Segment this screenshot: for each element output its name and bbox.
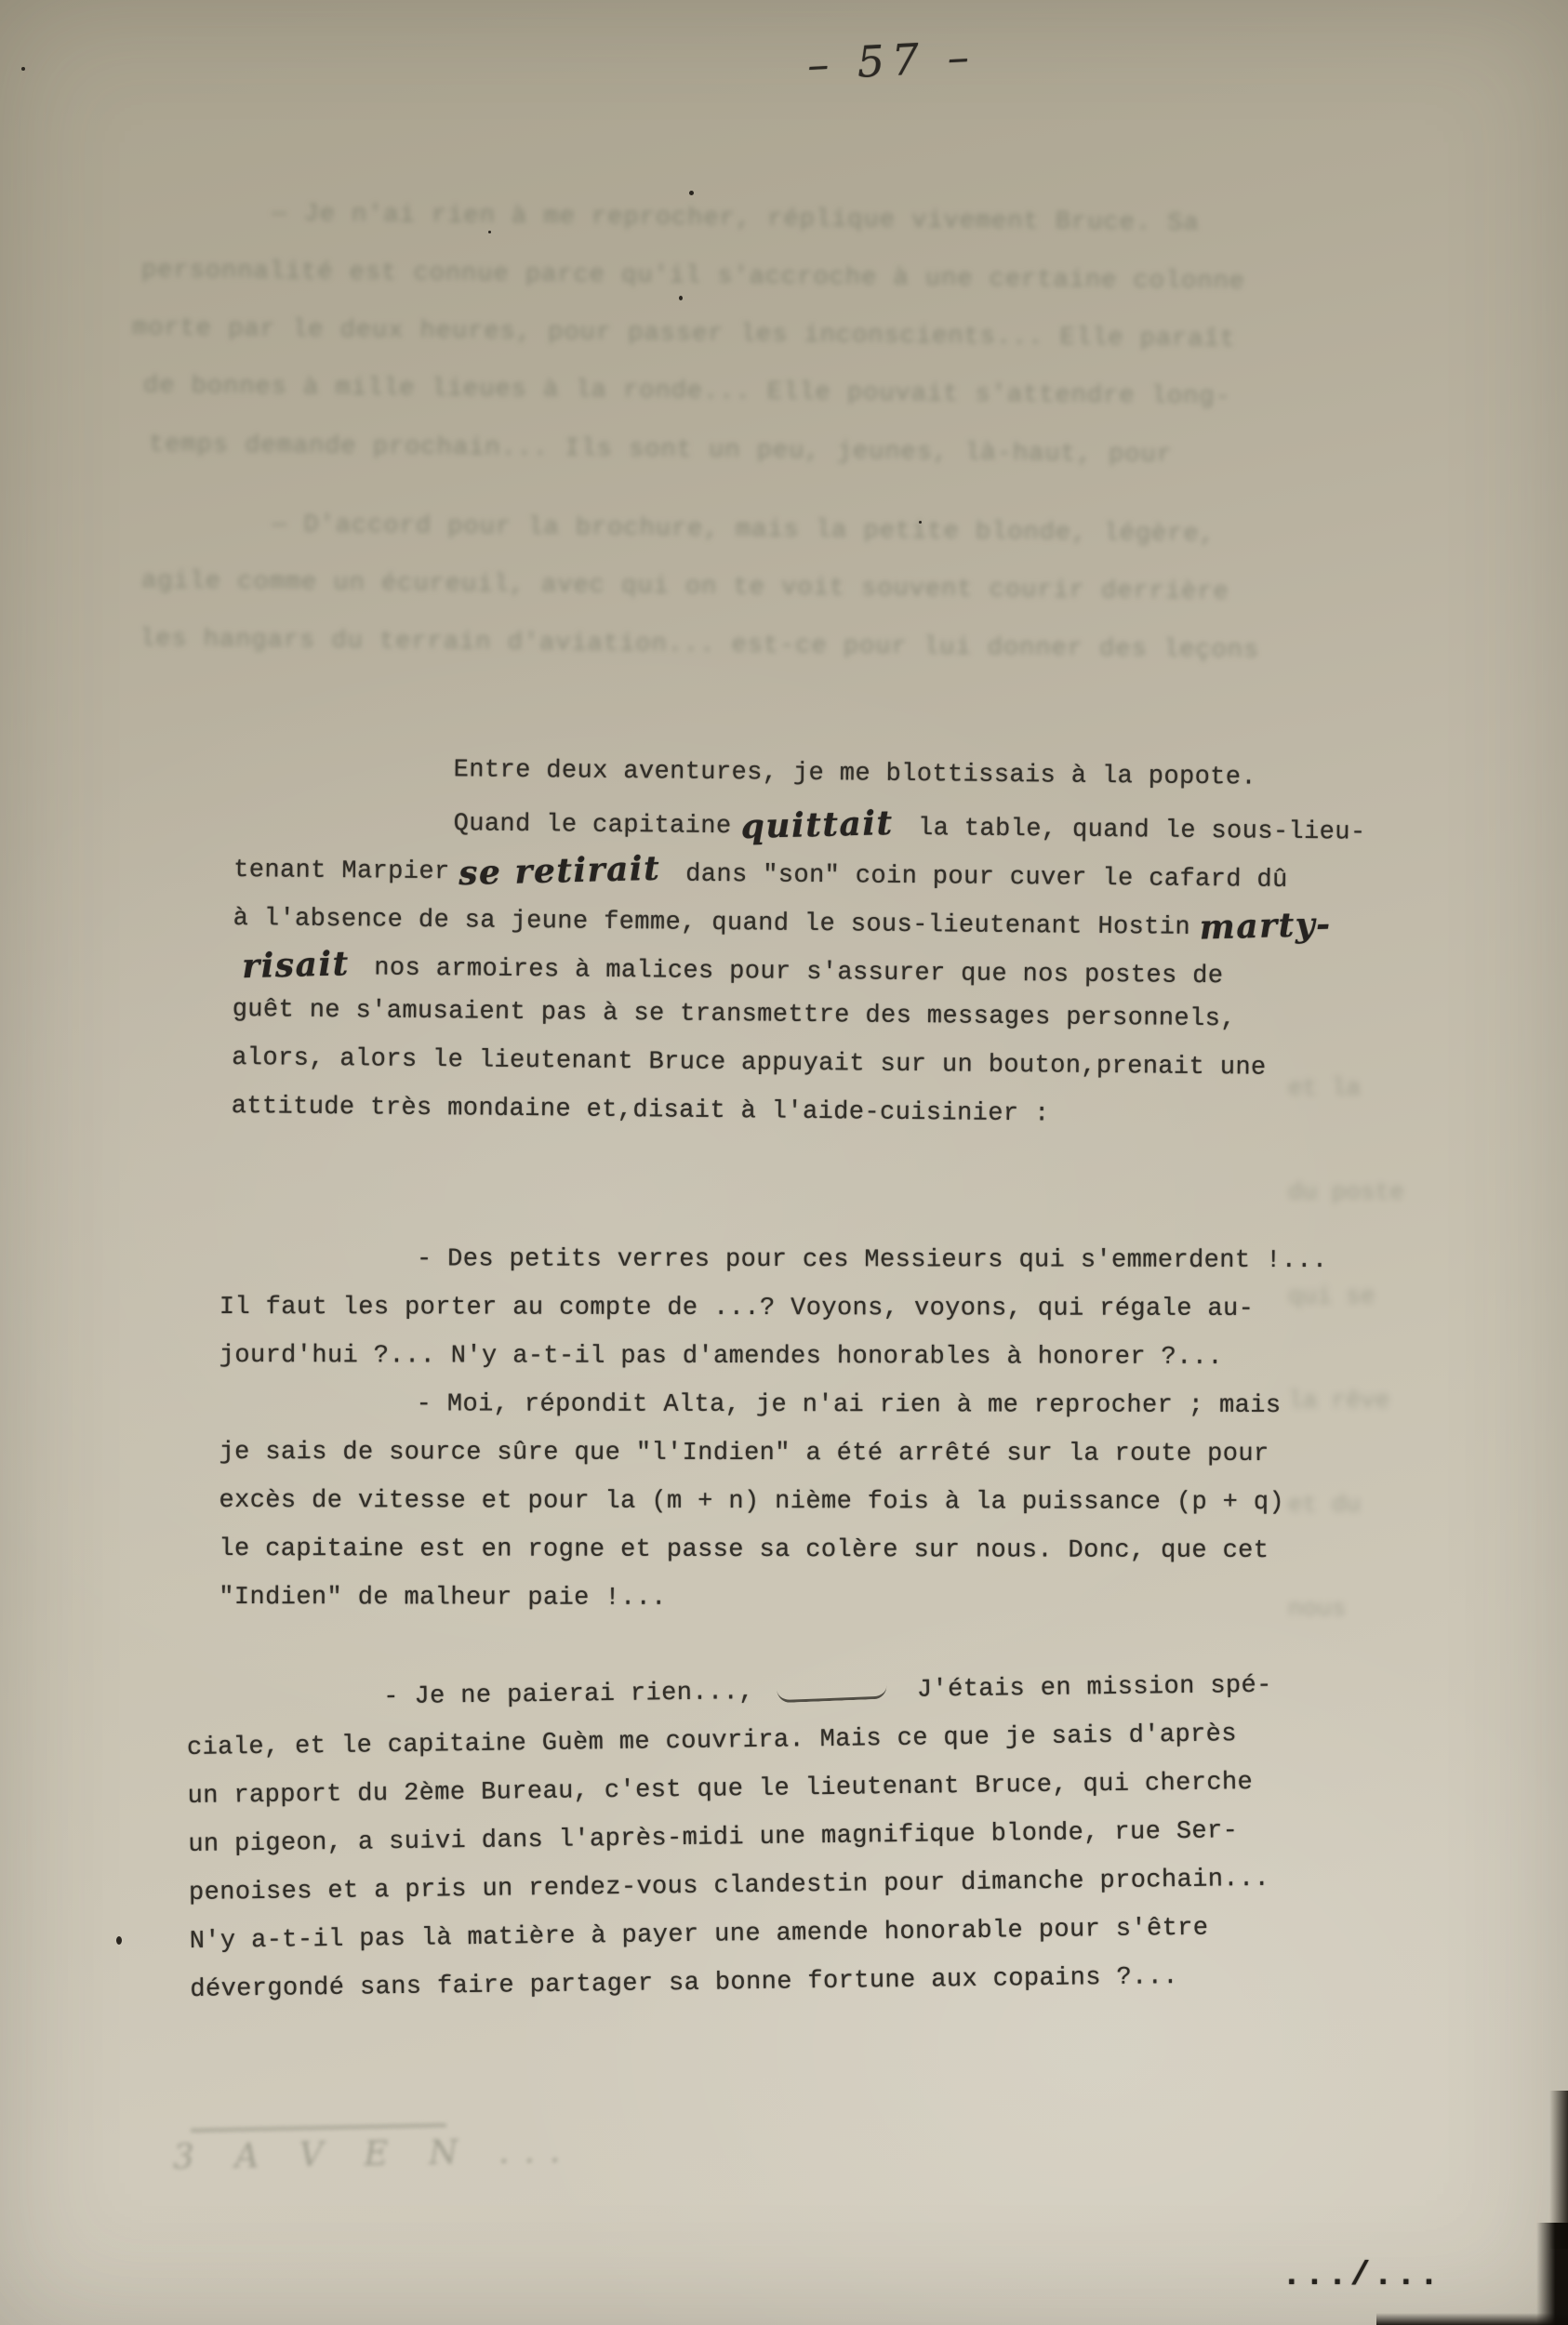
paper-speck — [919, 521, 922, 524]
typed-text: - Moi, répondit Alta, je n'ai rien à me … — [417, 1390, 1282, 1420]
typed-text: alors, alors le lieutenant Bruce appuyai… — [232, 1044, 1267, 1083]
typed-text: nos armoires à malices pour s'assurer qu… — [359, 954, 1224, 990]
typed-text: J'étais en mission spé- — [901, 1672, 1272, 1705]
typed-text: - Je ne paierai rien..., — [383, 1679, 769, 1711]
typed-text: le capitaine est en rogne et passe sa co… — [219, 1535, 1269, 1565]
ghost-text-line: morte par le deux heures, pour passer le… — [132, 314, 1518, 357]
ghost-text-fragment: la rêve — [1288, 1387, 1548, 1415]
typed-text: à l'absence de sa jeune femme, quand le … — [233, 905, 1191, 942]
text-line: - Moi, répondit Alta, je n'ai rien à me … — [219, 1380, 1313, 1430]
paragraph-p3: - Des petits verres pour ces Messieurs q… — [219, 1235, 1313, 1624]
paper-speck — [689, 191, 694, 195]
typed-text: ciale, et le capitaine Guèm me couvrira.… — [187, 1720, 1237, 1762]
paragraph-p4: - Je ne paierai rien..., J'étais en miss… — [186, 1661, 1318, 2014]
handwritten-annotation: quittait — [740, 799, 894, 851]
ghost-text-line: temps demande prochain... Ils sont un pe… — [149, 431, 1321, 471]
typed-text: penoises et a pris un rendez-vous clande… — [189, 1866, 1269, 1907]
text-line: je sais de source sûre que "l'Indien" a … — [219, 1428, 1313, 1479]
ghost-signature-underline — [191, 2123, 446, 2132]
typed-text: jourd'hui ?... N'y a-t-il pas d'amendes … — [219, 1342, 1223, 1372]
ghost-text-fragment: qui se — [1288, 1282, 1548, 1310]
handwritten-annotation: marty- — [1199, 900, 1332, 952]
ghost-text-fragment: et du — [1288, 1491, 1548, 1519]
typed-text: Il faut les porter au compte de ...? Voy… — [219, 1294, 1254, 1323]
paper-speck — [488, 231, 491, 233]
ghost-text-fragment: nous — [1288, 1595, 1548, 1623]
handwritten-annotation: se retirait — [458, 844, 661, 897]
typed-text: excès de vitesse et pour la (m + n) nièm… — [219, 1487, 1284, 1517]
handwritten-annotation: risait — [242, 939, 351, 990]
typed-text: attitude très mondaine et,disait à l'aid… — [232, 1093, 1050, 1128]
photo-edge-shadow — [1536, 2223, 1568, 2325]
text-line: - Des petits verres pour ces Messieurs q… — [219, 1235, 1313, 1285]
ghost-text-line: de bonnes à mille lieues à la ronde... E… — [143, 372, 1510, 414]
photo-edge-shadow — [1376, 2313, 1568, 2325]
typed-text: Entre deux aventures, je me blottissais … — [454, 756, 1257, 791]
text-line: excès de vitesse et pour la (m + n) nièm… — [219, 1477, 1312, 1527]
continuation-mark: .../... — [1282, 2256, 1442, 2294]
typed-text: tenant Marpier — [233, 857, 450, 886]
ghost-text-line: — Je n'ai rien à me reprocher, réplique … — [272, 200, 1434, 240]
text-line: jourd'hui ?... N'y a-t-il pas d'amendes … — [219, 1332, 1313, 1382]
text-line: le capitaine est en rogne et passe sa co… — [219, 1525, 1312, 1575]
typed-text: N'y a-t-il pas là matière à payer une am… — [190, 1915, 1209, 1956]
paper-speck — [116, 1936, 122, 1945]
typed-text: un rapport du 2ème Bureau, c'est que le … — [188, 1769, 1254, 1811]
typed-text: je sais de source sûre que "l'Indien" a … — [219, 1439, 1269, 1468]
handwritten-underline — [777, 1674, 887, 1704]
paper-speck — [679, 296, 683, 300]
ghost-text-fragment: et la — [1288, 1074, 1548, 1102]
page-number: – 57 – — [806, 31, 977, 89]
typed-text: dans "son" coin pour cuver le cafard dû — [670, 861, 1287, 895]
ghost-text-line: — D'accord pour la brochure, mais la pet… — [272, 511, 1397, 551]
ghost-text-line: agile comme un écureuil, avec qui on te … — [141, 567, 1518, 609]
typed-text: la table, quand le sous-lieu- — [902, 815, 1365, 847]
ghost-text-line: personnalité est connue parce qu'il s'ac… — [141, 257, 1518, 299]
text-line: Il faut les porter au compte de ...? Voy… — [219, 1283, 1313, 1334]
typed-text: un pigeon, a suivi dans l'après-midi une… — [188, 1817, 1238, 1859]
typed-text: Quand le capitaine — [454, 810, 732, 841]
typed-text: "Indien" de malheur paie !... — [219, 1584, 667, 1613]
ghost-text-line: les hangars du terrain d'aviation... est… — [140, 626, 1460, 668]
typed-text: - Des petits verres pour ces Messieurs q… — [417, 1245, 1328, 1275]
typed-text: guêt ne s'amusaient pas à se transmettre… — [233, 996, 1236, 1033]
paragraph-p2: Quand le capitainequittait la table, qua… — [232, 792, 1313, 1141]
ghost-signature: 3 A V E N ... — [173, 2132, 576, 2177]
scanned-document-page: – 57 – — Je n'ai rien à me reprocher, ré… — [0, 0, 1568, 2325]
ghost-text-fragment: du poste — [1288, 1178, 1548, 1206]
text-line: "Indien" de malheur paie !... — [219, 1574, 1312, 1624]
typed-text: dévergondé sans faire partager sa bonne … — [190, 1963, 1178, 2004]
paper-speck — [21, 67, 25, 71]
typewritten-text-block: Entre deux aventures, je me blottissais … — [234, 744, 1313, 2014]
